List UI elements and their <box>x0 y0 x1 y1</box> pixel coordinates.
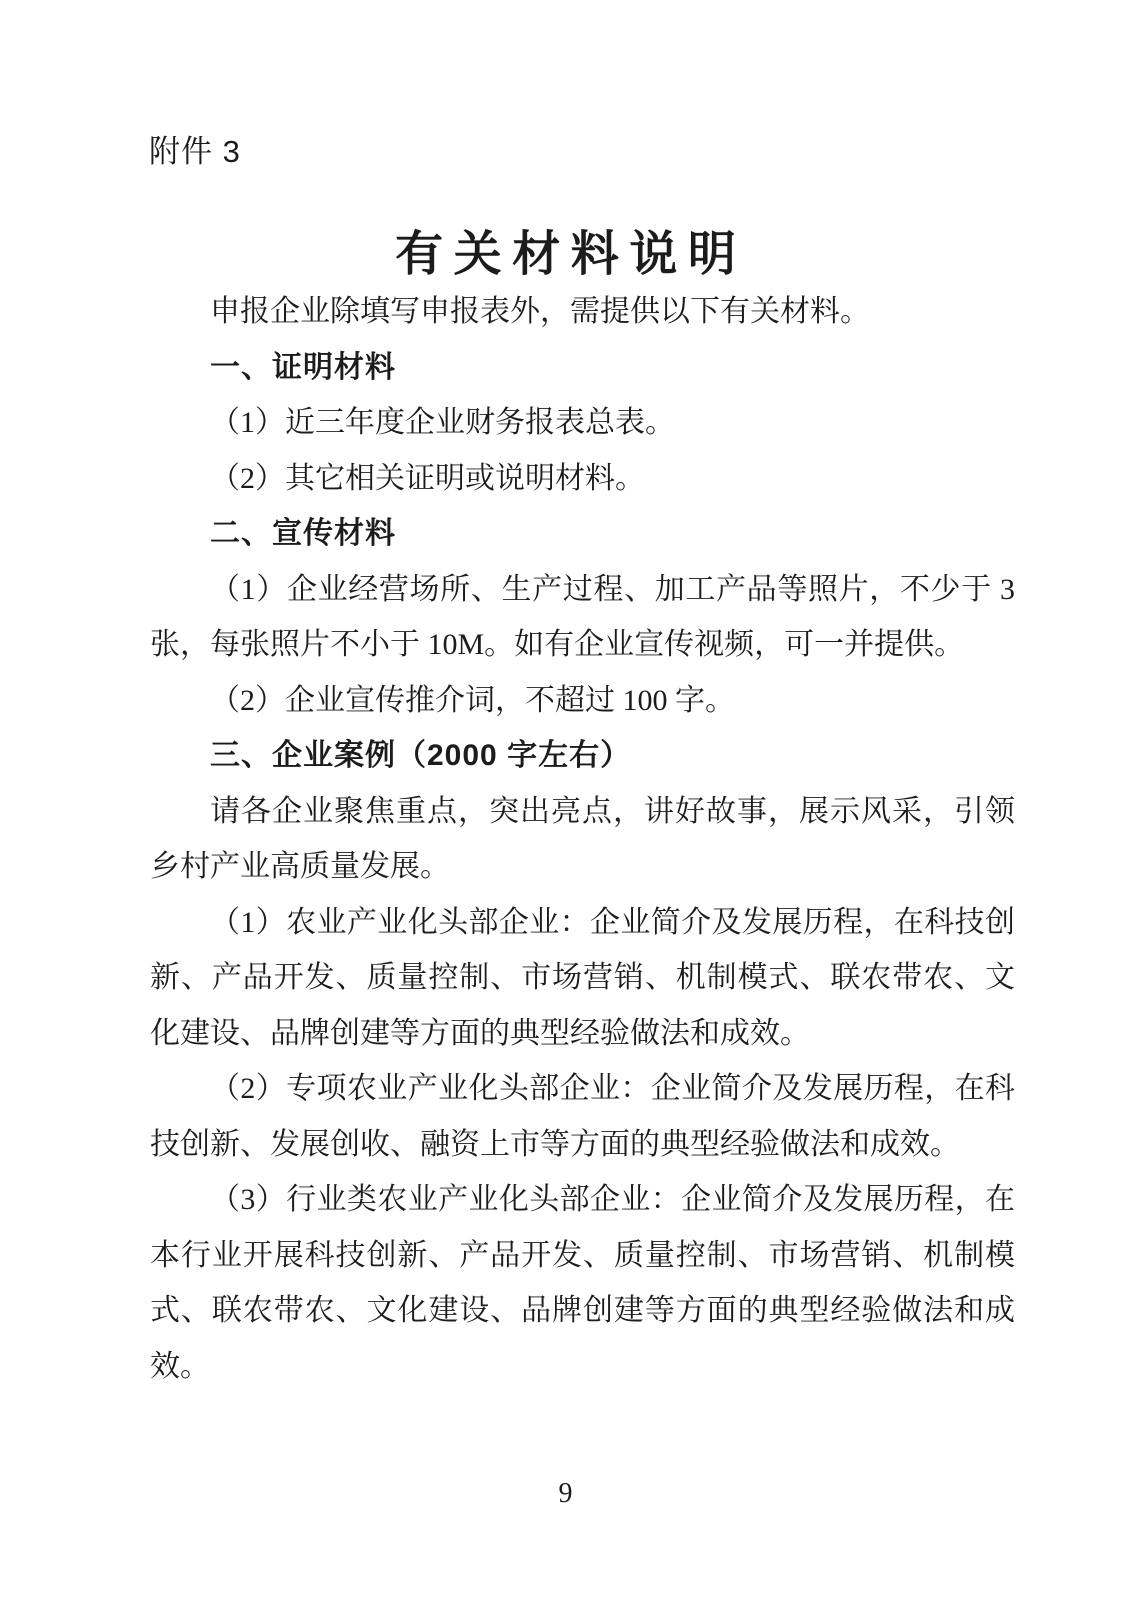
section-3-intro: 请各企业聚焦重点，突出亮点，讲好故事，展示风采，引领乡村产业高质量发展。 <box>150 784 1015 895</box>
section-2-item-2: （2）企业宣传推介词，不超过 100 字。 <box>150 673 1015 729</box>
section-3-heading: 三、企业案例（2000 字左右） <box>150 728 1015 784</box>
attachment-label: 附件 3 <box>149 132 241 172</box>
document-title: 有关材料说明 <box>0 224 1131 286</box>
section-3-item-3: （3）行业类农业产业化头部企业：企业简介及发展历程，在本行业开展科技创新、产品开… <box>150 1172 1015 1394</box>
document-page: 附件 3 有关材料说明 申报企业除填写申报表外，需提供以下有关材料。 一、证明材… <box>0 0 1131 1600</box>
section-2-heading: 二、宣传材料 <box>150 506 1015 562</box>
section-1-heading: 一、证明材料 <box>150 340 1015 396</box>
section-1-item-2: （2）其它相关证明或说明材料。 <box>150 451 1015 507</box>
intro-paragraph: 申报企业除填写申报表外，需提供以下有关材料。 <box>150 284 1015 340</box>
page-number: 9 <box>0 1474 1131 1514</box>
section-1-item-1: （1）近三年度企业财务报表总表。 <box>150 395 1015 451</box>
section-3-item-1: （1）农业产业化头部企业：企业简介及发展历程，在科技创新、产品开发、质量控制、市… <box>150 895 1015 1062</box>
section-3-item-2: （2）专项农业产业化头部企业：企业简介及发展历程，在科技创新、发展创收、融资上市… <box>150 1061 1015 1172</box>
document-body: 申报企业除填写申报表外，需提供以下有关材料。 一、证明材料 （1）近三年度企业财… <box>150 284 1015 1394</box>
section-2-item-1: （1）企业经营场所、生产过程、加工产品等照片，不少于 3 张，每张照片不小于 1… <box>150 562 1015 673</box>
